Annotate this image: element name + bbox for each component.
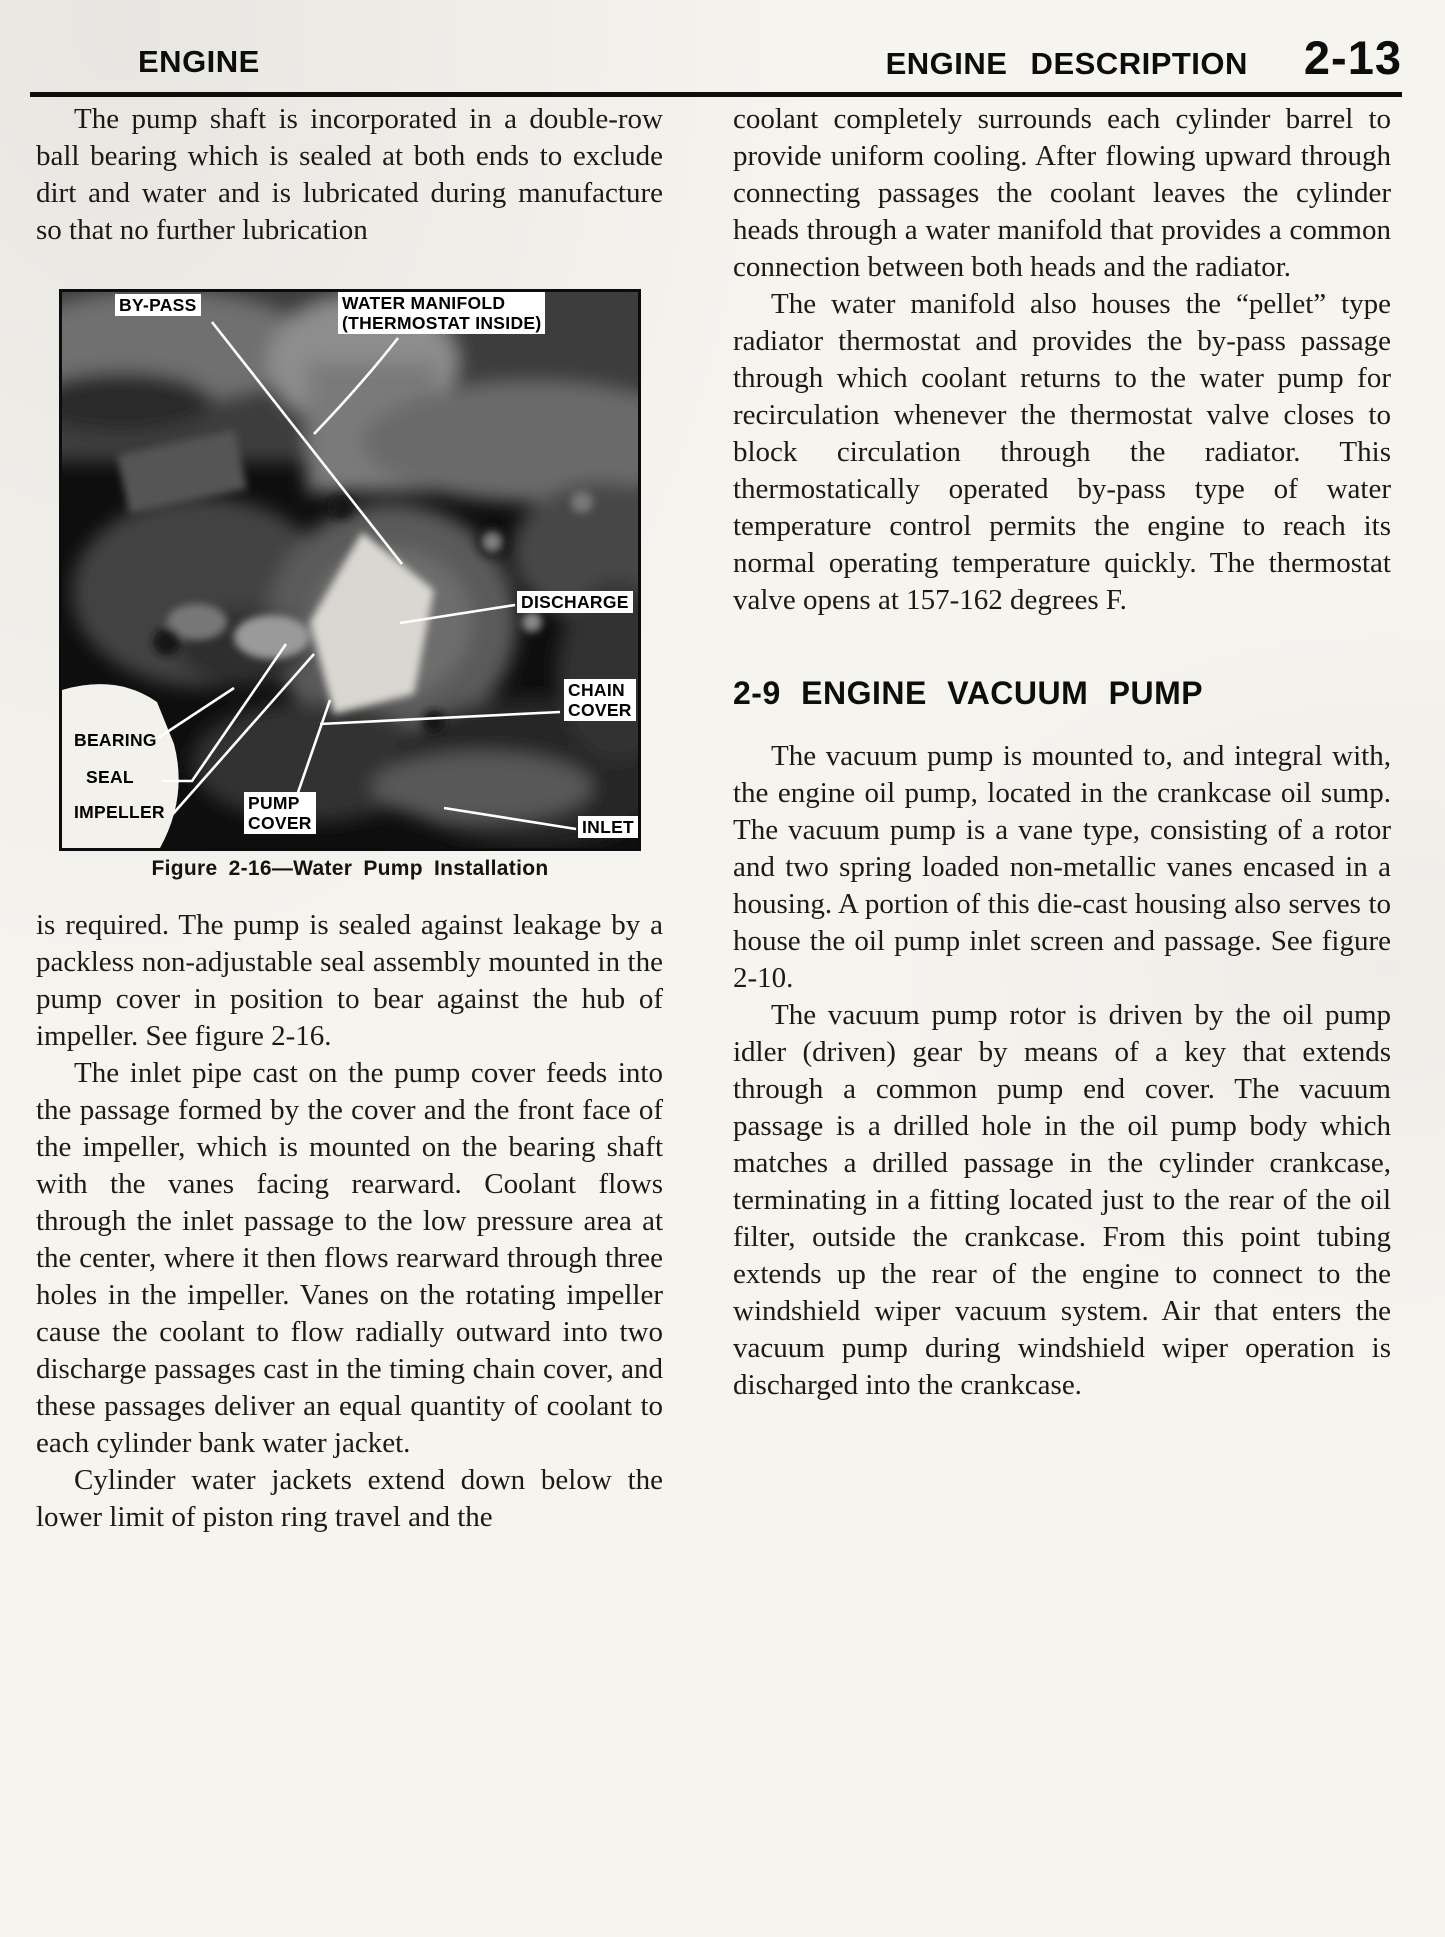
header-section-title: ENGINE DESCRIPTION	[886, 46, 1248, 82]
figure-label-bypass: BY-PASS	[115, 294, 201, 316]
manual-page: ENGINE ENGINE DESCRIPTION 2-13 The pump …	[0, 0, 1445, 1937]
page-number: 2-13	[1304, 30, 1402, 85]
paragraph-pump-shaft: The pump shaft is incorporated in a doub…	[36, 101, 663, 249]
figure-label-pump-line1: PUMP	[248, 793, 300, 813]
figure-label-inlet: INLET	[578, 816, 638, 838]
figure-label-water-manifold: WATER MANIFOLD (THERMOSTAT INSIDE)	[338, 292, 545, 334]
figure-label-seal: SEAL	[84, 766, 136, 788]
right-column: coolant completely surrounds each cylind…	[733, 101, 1391, 1404]
paragraph-water-manifold: The water manifold also houses the “pell…	[733, 286, 1391, 619]
header-rule	[30, 92, 1402, 97]
left-column-bottom: is required. The pump is sealed against …	[36, 907, 663, 1536]
paragraph-coolant: coolant completely surrounds each cylind…	[733, 101, 1391, 286]
section-heading-2-9: 2-9 ENGINE VACUUM PUMP	[733, 675, 1391, 711]
water-pump-photo: BY-PASS WATER MANIFOLD (THERMOSTAT INSID…	[62, 292, 638, 848]
figure-label-chain-cover: CHAIN COVER	[564, 679, 636, 721]
figure-caption: Figure 2-16—Water Pump Installation	[62, 857, 638, 881]
figure-label-pump-cover: PUMP COVER	[244, 792, 316, 834]
figure-label-pump-line2: COVER	[248, 813, 312, 833]
figure-label-chain-line2: COVER	[568, 700, 632, 720]
paragraph-water-jackets: Cylinder water jackets extend down below…	[36, 1462, 663, 1536]
paragraph-inlet-pipe: The inlet pipe cast on the pump cover fe…	[36, 1055, 663, 1462]
left-column-top: The pump shaft is incorporated in a doub…	[36, 101, 663, 249]
header-right: ENGINE DESCRIPTION 2-13	[886, 30, 1402, 85]
figure-label-chain-line1: CHAIN	[568, 680, 625, 700]
figure-label-impeller: IMPELLER	[72, 801, 167, 823]
paragraph-seal-assembly: is required. The pump is sealed against …	[36, 907, 663, 1055]
engine-photo-art	[62, 292, 638, 848]
paragraph-vacuum-pump-mount: The vacuum pump is mounted to, and integ…	[733, 738, 1391, 997]
figure-label-water-manifold-line2: (THERMOSTAT INSIDE)	[342, 313, 541, 333]
figure-2-16: BY-PASS WATER MANIFOLD (THERMOSTAT INSID…	[62, 292, 638, 881]
header-left-title: ENGINE	[138, 44, 260, 80]
figure-label-water-manifold-line1: WATER MANIFOLD	[342, 293, 505, 313]
paragraph-vacuum-pump-rotor: The vacuum pump rotor is driven by the o…	[733, 997, 1391, 1404]
figure-label-discharge: DISCHARGE	[517, 591, 633, 613]
figure-label-bearing: BEARING	[72, 729, 159, 751]
